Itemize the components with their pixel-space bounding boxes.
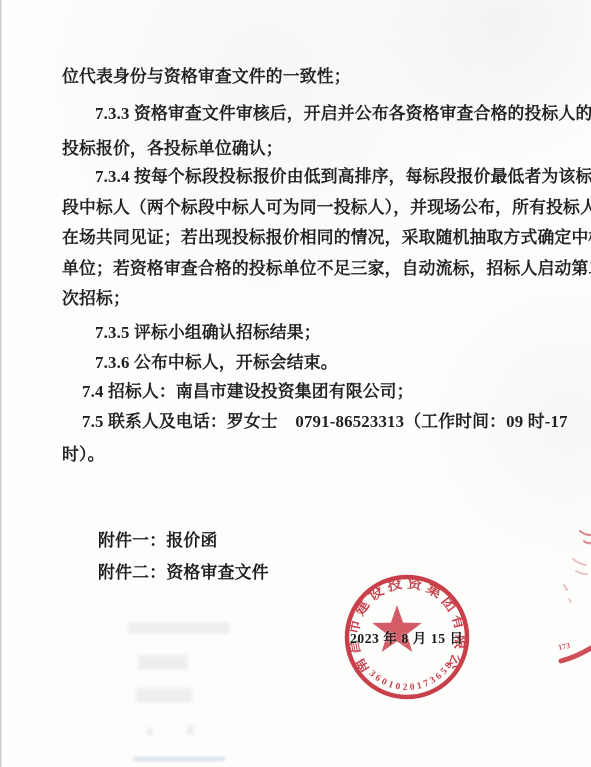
document-body: 位代表身份与资格审查文件的一致性； 7.3.3 资格审查文件审核后，开启并公布各… [0, 0, 591, 767]
bleed-through-smudge [138, 655, 188, 670]
text-line: 7.4 招标人：南昌市建设投资集团有限公司； [62, 376, 414, 407]
paragraph: 7.3.6 公布中标人，开标会结束。 [62, 347, 338, 378]
text-line: 7.5 联系人及电话：罗女士 0791-86523313（工作时间：09 时-1… [62, 405, 568, 438]
bleed-through-smudge [136, 688, 192, 703]
text-line: 单位；若资格审查合格的投标单位不足三家，自动流标，招标人启动第二 [62, 254, 591, 285]
text-line: 位代表身份与资格审查文件的一致性； [62, 61, 351, 92]
text-line: 时）。 [62, 438, 568, 471]
paragraph: 7.5 联系人及电话：罗女士 0791-86523313（工作时间：09 时-1… [62, 405, 568, 471]
seal-date: 2023 年 8 月 15 日 [350, 627, 464, 647]
edge-stamp-number: 173 [557, 641, 571, 652]
text-line: 在场共同见证；若出现投标报价相同的情况，采取随机抽取方式确定中标 [62, 223, 591, 254]
text-line: 段中标人（两个标段中标人可为同一投标人），并现场公布，所有投标人 [62, 193, 591, 224]
paragraph: 7.3.3 资格审查文件审核后，开启并公布各资格审查合格的投标人的投标报价，各投… [62, 96, 591, 166]
paragraph: 7.3.5 评标小组确认招标结果； [62, 317, 321, 348]
paragraph: 7.4 招标人：南昌市建设投资集团有限公司； [62, 376, 414, 407]
text-line: 7.3.5 评标小组确认招标结果； [62, 317, 321, 348]
text-line: 7.3.6 公布中标人，开标会结束。 [62, 347, 338, 378]
attachment-label: 附件一：报价函 [98, 527, 218, 551]
edge-stamp-fragment: 173 [550, 515, 591, 675]
scanned-document-page: 位代表身份与资格审查文件的一致性； 7.3.3 资格审查文件审核后，开启并公布各… [0, 0, 591, 767]
bleed-through-smudge [133, 757, 225, 761]
attachment-label: 附件二：资格审查文件 [98, 559, 269, 583]
paragraph: 位代表身份与资格审查文件的一致性； [62, 61, 351, 92]
bleed-through-smudge [128, 622, 230, 634]
text-line: 次招标； [62, 284, 591, 315]
bleed-through-smudge [147, 727, 153, 736]
paragraph: 7.3.4 按每个标段投标报价由低到高排序，每标段报价最低者为该标段中标人（两个… [62, 162, 591, 315]
text-line: 投标报价，各投标单位确认； [62, 131, 591, 166]
bleed-through-smudge [187, 725, 194, 735]
text-line: 7.3.3 资格审查文件审核后，开启并公布各资格审查合格的投标人的 [62, 96, 591, 131]
text-line: 7.3.4 按每个标段投标报价由低到高排序，每标段报价最低者为该标 [62, 162, 591, 193]
